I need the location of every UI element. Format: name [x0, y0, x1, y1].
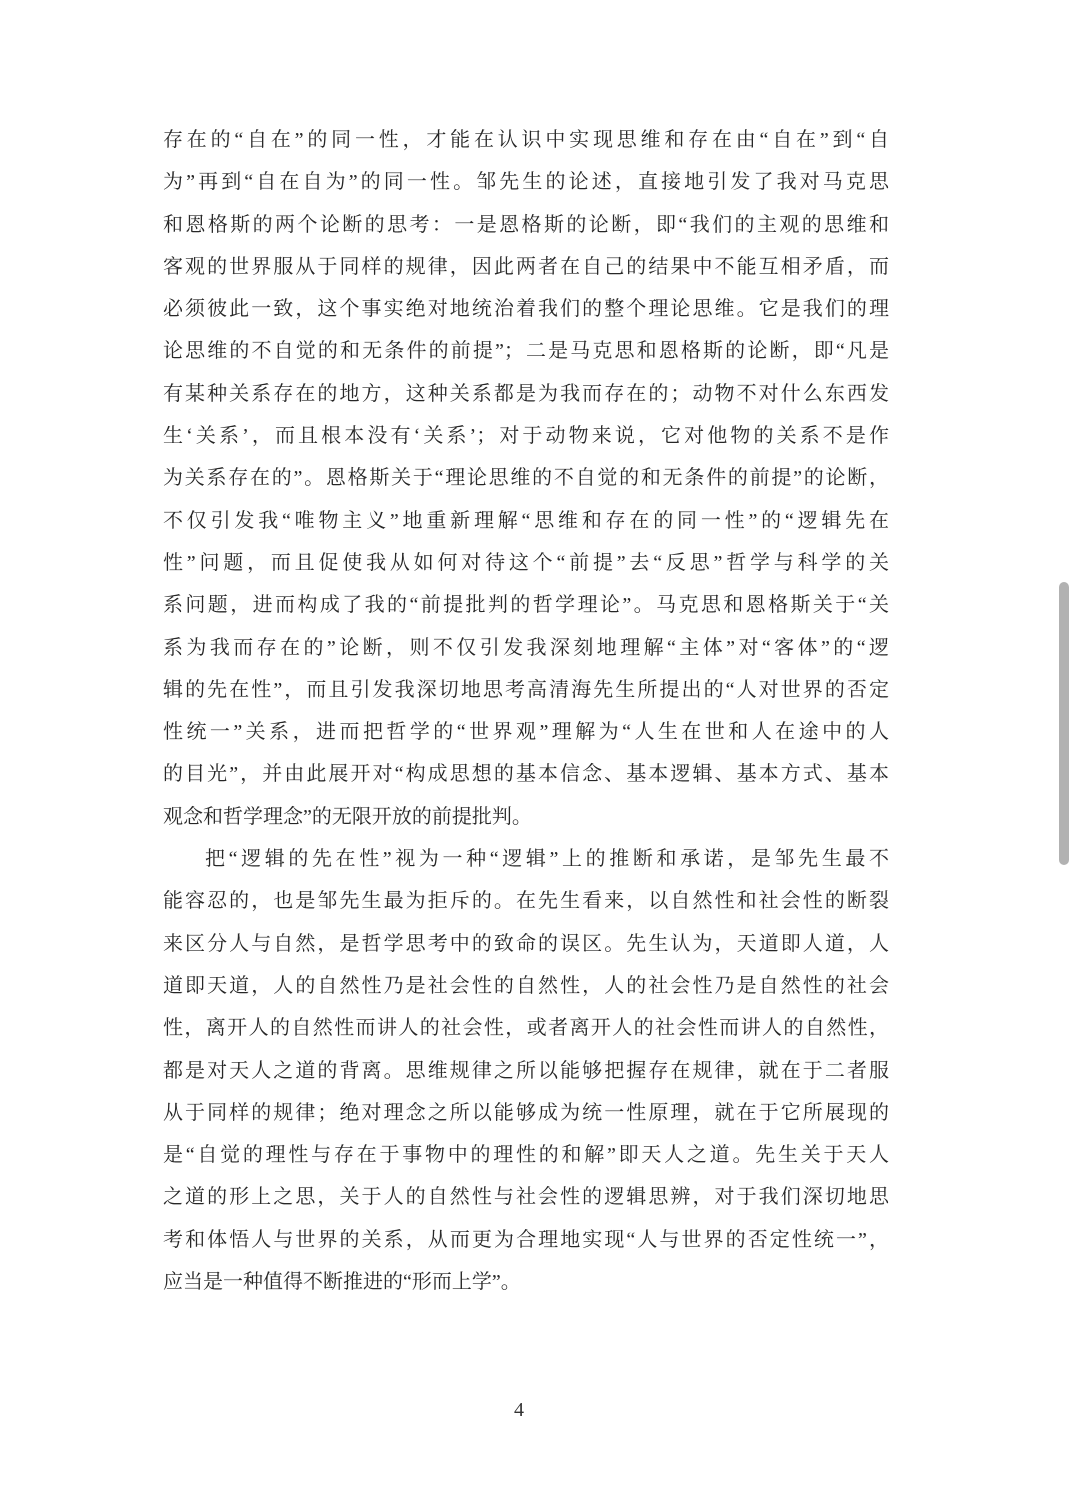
text-line: 系为我而存在的”论断，则不仅引发我深刻地理解“主体”对“客体”的“逻 — [163, 627, 889, 669]
page-number: 4 — [0, 1396, 1038, 1424]
text-line: 从于同样的规律；绝对理念之所以能够成为统一性原理，就在于它所展现的 — [163, 1092, 889, 1134]
paragraph-1: 存在的“自在”的同一性，才能在认识中实现思维和存在由“自在”到“自为”再到“自在… — [163, 119, 889, 838]
text-line: 论思维的不自觉的和无条件的前提”；二是马克思和恩格斯的论断，即“凡是 — [163, 330, 889, 372]
text-line: 有某种关系存在的地方，这种关系都是为我而存在的；动物不对什么东西发 — [163, 373, 889, 415]
text-line: 性，离开人的自然性而讲人的社会性，或者离开人的社会性而讲人的自然性， — [163, 1007, 889, 1049]
text-line: 系问题，进而构成了我的“前提批判的哲学理论”。马克思和恩格斯关于“关 — [163, 584, 889, 626]
document-page: 存在的“自在”的同一性，才能在认识中实现思维和存在由“自在”到“自为”再到“自在… — [0, 0, 1080, 1508]
text-line: 性统一”关系，进而把哲学的“世界观”理解为“人生在世和人在途中的人 — [163, 711, 889, 753]
text-line: 的目光”，并由此展开对“构成思想的基本信念、基本逻辑、基本方式、基本 — [163, 753, 889, 795]
text-line: 存在的“自在”的同一性，才能在认识中实现思维和存在由“自在”到“自 — [163, 119, 889, 161]
paragraph-2: 把“逻辑的先在性”视为一种“逻辑”上的推断和承诺，是邹先生最不能容忍的，也是邹先… — [163, 838, 889, 1303]
text-line: 都是对天人之道的背离。思维规律之所以能够把握存在规律，就在于二者服 — [163, 1050, 889, 1092]
text-line: 性”问题，而且促使我从如何对待这个“前提”去“反思”哲学与科学的关 — [163, 542, 889, 584]
text-line: 把“逻辑的先在性”视为一种“逻辑”上的推断和承诺，是邹先生最不 — [163, 838, 889, 880]
text-line: 不仅引发我“唯物主义”地重新理解“思维和存在的同一性”的“逻辑先在 — [163, 500, 889, 542]
text-line: 道即天道，人的自然性乃是社会性的自然性，人的社会性乃是自然性的社会 — [163, 965, 889, 1007]
text-line: 应当是一种值得不断推进的“形而上学”。 — [163, 1261, 889, 1303]
vertical-scrollbar-thumb[interactable] — [1059, 582, 1069, 865]
text-line: 生‘关系’，而且根本没有‘关系’；对于动物来说，它对他物的关系不是作 — [163, 415, 889, 457]
text-line: 之道的形上之思，关于人的自然性与社会性的逻辑思辨，对于我们深切地思 — [163, 1176, 889, 1218]
text-line: 为关系存在的”。恩格斯关于“理论思维的不自觉的和无条件的前提”的论断， — [163, 457, 889, 499]
text-line: 和恩格斯的两个论断的思考：一是恩格斯的论断，即“我们的主观的思维和 — [163, 204, 889, 246]
text-line: 能容忍的，也是邹先生最为拒斥的。在先生看来，以自然性和社会性的断裂 — [163, 880, 889, 922]
document-text: 存在的“自在”的同一性，才能在认识中实现思维和存在由“自在”到“自为”再到“自在… — [163, 119, 889, 1303]
text-line: 考和体悟人与世界的关系，从而更为合理地实现“人与世界的否定性统一”， — [163, 1219, 889, 1261]
text-line: 客观的世界服从于同样的规律，因此两者在自己的结果中不能互相矛盾，而 — [163, 246, 889, 288]
text-line: 为”再到“自在自为”的同一性。邹先生的论述，直接地引发了我对马克思 — [163, 161, 889, 203]
text-line: 来区分人与自然，是哲学思考中的致命的误区。先生认为，天道即人道，人 — [163, 923, 889, 965]
text-line: 观念和哲学理念”的无限开放的前提批判。 — [163, 796, 889, 838]
text-line: 必须彼此一致，这个事实绝对地统治着我们的整个理论思维。它是我们的理 — [163, 288, 889, 330]
text-line: 是“自觉的理性与存在于事物中的理性的和解”即天人之道。先生关于天人 — [163, 1134, 889, 1176]
text-line: 辑的先在性”，而且引发我深切地思考高清海先生所提出的“人对世界的否定 — [163, 669, 889, 711]
